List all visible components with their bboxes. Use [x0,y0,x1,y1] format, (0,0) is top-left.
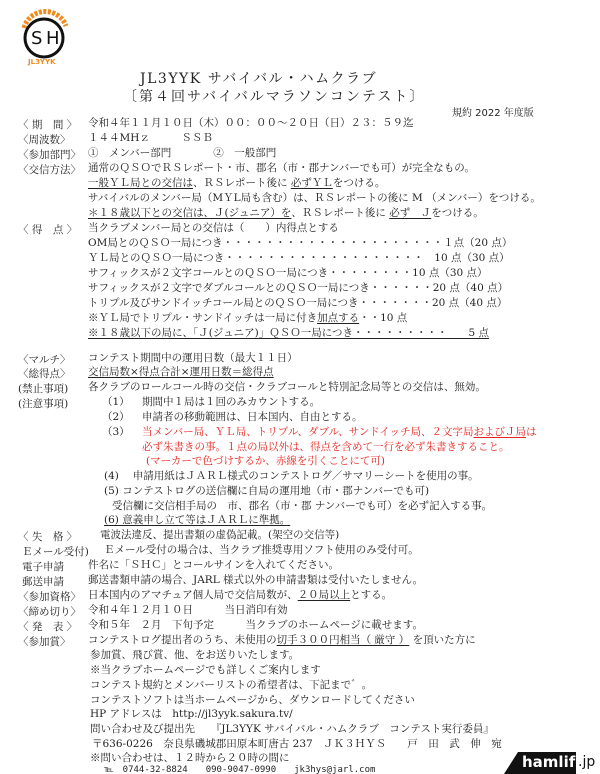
eligibility-label: 〈参加資格〉 [18,589,81,604]
hamlife-watermark: hamlife .jp [504,752,600,774]
note-1: 期間中１局は１回のみカウントする。 [142,396,320,408]
exchange-line-1: 通常のＱＳＯでＲＳレポート・市、郡名（市・郡ナンバーでも可）が完全なもの。 [88,162,475,174]
prize-l1-post: を頂いた方に [409,634,475,646]
postal-value: 郵送書類申請の場合、JARL 様式以外の申請書類は受付いたしません。 [88,574,423,586]
watermark-tld: .jp [578,754,595,770]
note-3-line-3: (マーカーで色づけするか、赤線を引くことにて可) [146,455,385,467]
total-label: 〈総得点〉 [18,366,71,381]
note-3-a: 当メンバー局、ＹＬ局、トリプル、ダブル、サンドイッチ局、２文字局 [142,426,473,438]
svg-text:H: H [46,28,60,49]
note-2: 申請者の移動範囲は、日本国内、自由とする。 [142,411,363,423]
points-item: トリプル及びサンドイッチコール局とのＱＳＯ一局につき・・・・・・・20 点（40… [88,297,507,309]
svg-text:JL3YYK: JL3YYK [27,58,56,66]
disqualify-value: 電波法違反、提出書類の虚偽記載。(架空の交信等) [100,529,339,541]
note-5: (5) コンテストログの送信欄に自局の運用地（市・郡ナンバーでも可) [104,485,429,497]
exchange-yl-mid: 、ＲＳレポート後に [193,177,291,189]
prize-line-3: ※当クラブホームページでも詳しくご案内します [90,664,321,676]
exchange-yl-end: をつける。 [333,177,386,189]
announce-label: 〈 発 表 〉 [18,619,77,634]
note-3-number: （3） [102,426,130,438]
multi-label: 〈マルチ〉 [18,352,71,367]
contact-address: 〒636-0226 奈良県磯城郡田原本町唐古 237 ＪＫ３ＨＹＳ 戸 田 武 … [92,738,502,750]
email-label: Ｅメール受付) [22,544,89,559]
exchange-yl-required: 必ずＹＬ [291,177,333,189]
prize-l1-pre: コンテストログ提出者のうち、未使用の [88,634,277,646]
total-value: 交信局数×得点合計×運用日数＝総得点 [88,366,274,378]
note-1-number: （1） [102,396,130,408]
announce-value: 令和５年 ２月 下旬予定 当クラブのホームページに載せます。 [88,619,423,631]
svg-text:S: S [31,28,42,49]
contact-hours: ※問い合わせは、１２時から２０時の間に [90,752,290,764]
note-6: (6) 意義申し立て等はＪＡＲＬに準拠。 [104,514,290,526]
exchange-line-4: ＊１８歳以下との交信は、Ｊ(ジュニア）を、ＲＳレポート後に 必ず Ｊをつける。 [88,207,484,219]
eligibility-minimum: ２０局以上 [298,589,351,601]
document-subtitle: 〔第４回サバイバルマラソンコンテスト〕 [123,86,425,106]
exchange-jr-text: ＊１８歳以下との交信は、Ｊ(ジュニア）を [88,207,291,219]
disqualify-label: 〈 失 格 〉 [18,529,77,544]
notes-label: (注意事項) [18,396,68,411]
note-2-number: （2） [102,411,130,423]
eligibility-pre: 日本国内のアマチュア個人局で交信局数が、 [88,589,298,601]
points-item: サフィックスが２文字コールとのＱＳＯ一局につき・・・・・・・・10 点（30 点… [88,267,488,279]
exchange-jr-end: をつける。 [431,207,484,219]
prohibited-value: 各クラブのロールコール時の交信・クラブコールと特別記念局等との交信は、無効。 [88,381,486,393]
deadline-label: 〈締め切り〉 [18,604,81,619]
points-label: 〈 得 点 〉 [18,222,77,237]
email-value: Ｅメール受付の場合は、当クラブ推奨専用ソフト使用のみ受付可。 [104,544,419,556]
deadline-value: 令和４年１２月１０日 当日消印有効 [88,604,288,616]
prohibited-label: (禁止事項) [18,381,68,396]
category-label: 〈参加部門〉 [18,147,81,162]
multi-value: コンテスト期間中の運用日数（最大１１日） [88,352,298,364]
prize-line-2: 参加賞、飛び賞、他、をお送りいたします。 [90,649,299,661]
note-5-cont: 受信欄に交信相手局の 市、郡名（市・郡 ナンバーでも可）を必ず記入する事。 [112,500,492,512]
exchange-jr-mid: 、ＲＳレポート後に [291,207,389,219]
note-yl-pre: ※ＹＬ局でトリプル・サンドイッチは一局に付き [88,312,317,324]
eligibility-post: とする。 [350,589,392,601]
note-3-line-1: 当メンバー局、ＹＬ局、トリプル、ダブル、サンドイッチ局、２文字局およびＪ局は [142,426,536,438]
contact-phone-email: ℡ 0744-32-8824 090-9047-0990 jk3hys@jarl… [104,764,375,774]
prize-line-5: コンテストソフトは当ホームページから、ダウンロードしてください [90,694,415,706]
note-yl-post: ・・10 点 [359,312,407,324]
period-label: 〈 期 間 〉 [18,117,77,132]
points-note-junior: ※１８歳以下の局に、「Ｊ(ジュニア)」ＱＳＯ一局につき・・・・・・・・・ 5 点 [88,327,489,339]
exchange-yl-text: 一般ＹＬ局との交信は [88,177,193,189]
contact-address-heading: 問い合わせ及び提出先 『JL3YYK サバイバル・ハムクラブ コンテスト実行委員… [90,723,494,735]
prize-label: 〈参加賞〉 [18,634,71,649]
prize-line-1: コンテストログ提出者のうち、未使用の切手３００円相当（ 厳守 ） を頂いた方に [88,634,476,646]
note-3-line-2: 必ず朱書きの事。１点の局以外は、得点を含めて一行を必ず朱書きすること。 [142,441,510,453]
exchange-jr-required: 必ず Ｊ [389,207,431,219]
prize-stamp-requirement: 切手３００円相当（ 厳守 ） [277,634,410,646]
watermark-brand: hamlife [522,753,585,771]
points-note-yl: ※ＹＬ局でトリプル・サンドイッチは一局に付き加点する・・10 点 [88,312,407,324]
note-4: (4) 申請用紙はＪＡＲＬ様式のコンテストログ／サマリーシートを使用の事。 [104,470,479,482]
homepage-url[interactable]: HP アドレスは http://jl3yyk.sakura.tv/ [90,708,293,720]
prize-line-4: コンテスト規約とメンバーリストの希望者は、下記まで゛。 [90,679,372,691]
points-item: サフィックスが２文字でダブルコールとのＱＳＯ一局につき・・・・・・20 点（40… [88,282,508,294]
note-yl-bonus: 加点する [317,312,359,324]
club-logo: S H JL3YYK [14,4,76,66]
electronic-label: 電子申請 [22,559,64,574]
eligibility-value: 日本国内のアマチュア個人局で交信局数が、２０局以上とする。 [88,589,392,601]
category-value: ① メンバー部門 ② 一般部門 [88,147,276,159]
postal-label: 郵送申請 [22,574,64,589]
document-title: JL3YYK サバイバル・ハムクラブ [140,68,377,88]
frequency-label: 〈周波数〉 [18,132,71,147]
frequency-value: １４４MHｚ ＳＳＢ [88,132,213,144]
period-value: 令和４年１１月１０日（木）００：００～２０日（日）２３：５９迄 [88,117,414,129]
points-item: ＹＬ局とのＱＳＯ一局につき・・・・・・・・・・・・・・・・・・・ 10 点（30… [88,252,510,264]
note-3-j-station: およびＪ局 [473,426,526,438]
note-3-a-end: は [526,426,537,438]
version-label: 規約 2022 年度版 [452,104,534,119]
exchange-line-2: 一般ＹＬ局との交信は、ＲＳレポート後に 必ずＹＬをつける。 [88,177,385,189]
electronic-value: 件名に「ＳＨＣ」とコールサインを入れてください。 [88,559,339,571]
points-intro: 当クラブメンバー局との交信は（ ）内得点とする [88,222,339,234]
points-item: OM局とのＱＳＯ一局につき・・・・・・・・・・・・・・・・・・・・・１点（20 … [88,237,512,249]
exchange-line-3: サバイバルのメンバー局（MＹL局も含む）は、ＲＳレポートの後に M （メンバー）… [88,192,541,204]
exchange-label: 〈交信方法〉 [18,162,81,177]
